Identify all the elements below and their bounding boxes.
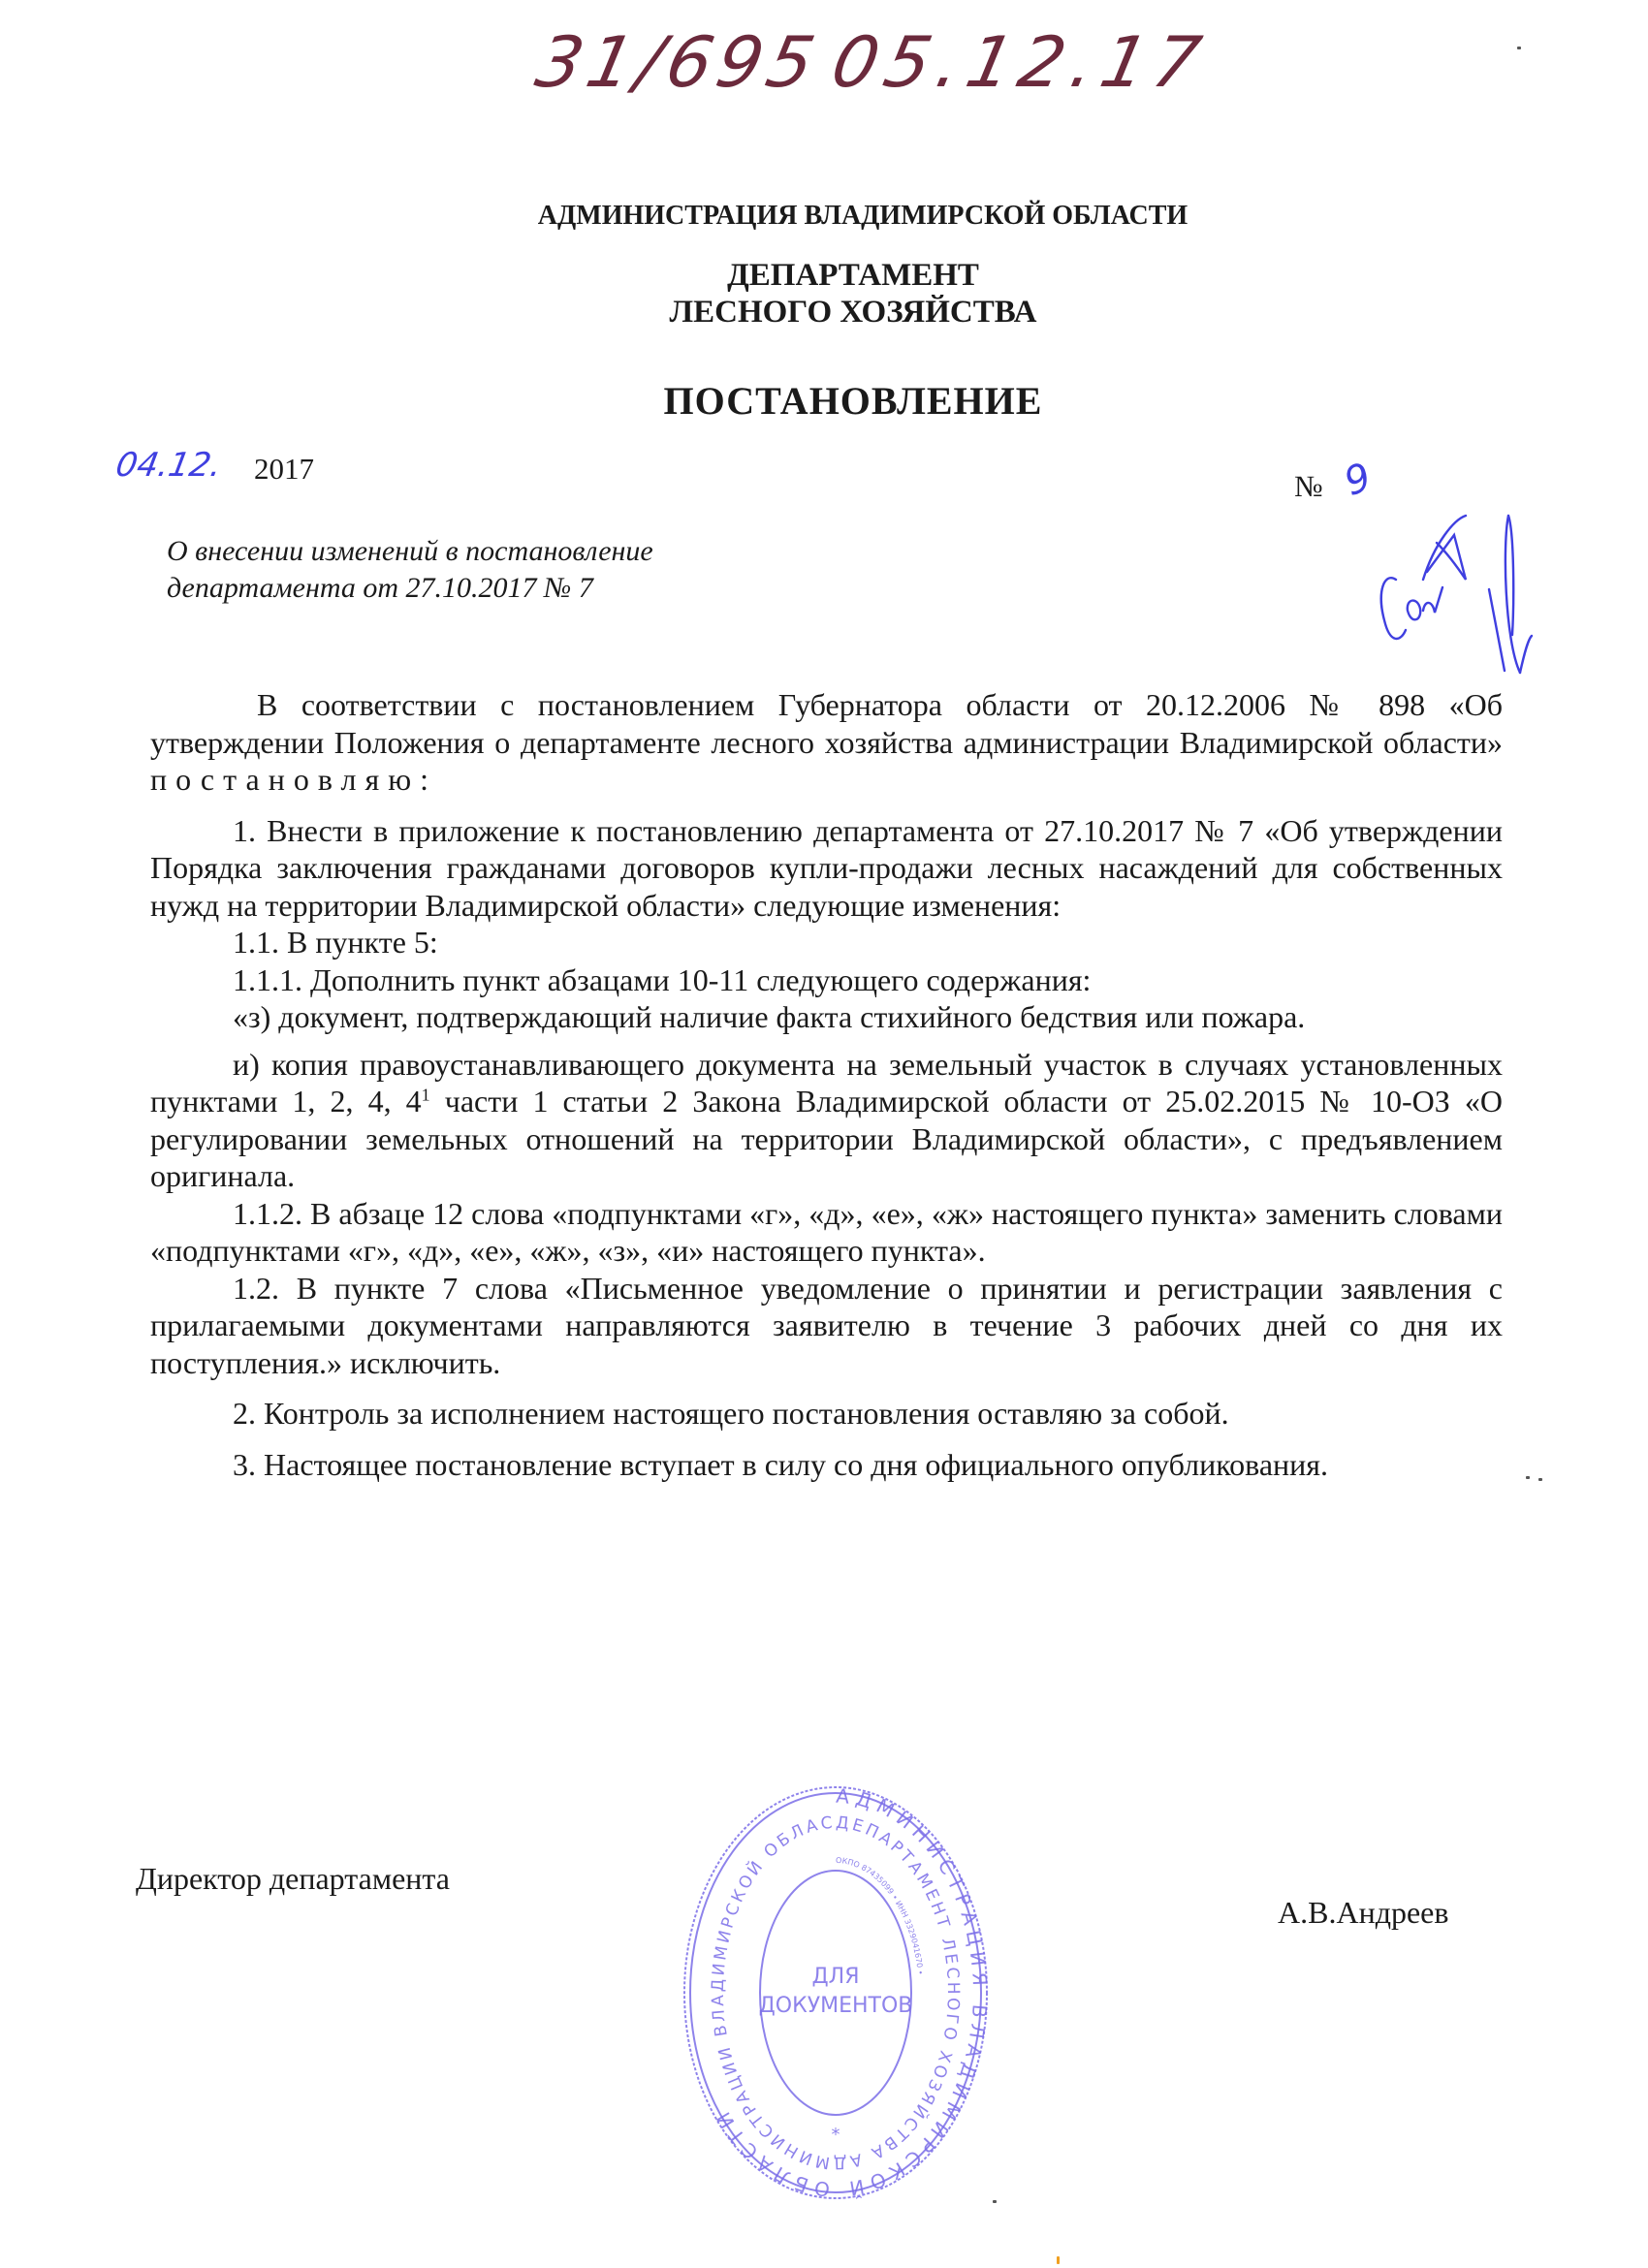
scan-speck: [993, 2200, 997, 2203]
document-body: В соответствии с постановлением Губернат…: [150, 686, 1503, 1483]
department-heading-line2: ЛЕСНОГО ХОЗЯЙСТВА: [58, 294, 1648, 331]
signatory-role: Директор департамента: [136, 1861, 450, 1897]
registration-date-handwritten: 05.12.17: [825, 21, 1215, 103]
scan-speck: [1057, 2256, 1060, 2264]
subject-line1: О внесении изменений в постановление: [167, 533, 653, 570]
signatory-name: А.В.Андреев: [1278, 1895, 1448, 1931]
scan-speck: [1526, 1476, 1530, 1479]
paragraph-1: 1. Внести в приложение к постановлению д…: [150, 812, 1503, 925]
paragraph-1-1-1: 1.1.1. Дополнить пункт абзацами 10-11 сл…: [150, 961, 1503, 999]
document-type-title: ПОСТАНОВЛЕНИЕ: [0, 378, 1648, 424]
paragraph-subitem-z: «з) документ, подтверждающий наличие фак…: [150, 998, 1503, 1036]
preamble-paragraph: В соответствии с постановлением Губернат…: [150, 686, 1503, 799]
department-heading-line1: ДЕПАРТАМЕНТ: [58, 257, 1648, 294]
paragraph-1-1: 1.1. В пункте 5:: [150, 924, 1503, 961]
paragraph-1-2: 1.2. В пункте 7 слова «Письменное уведом…: [150, 1270, 1503, 1382]
department-heading: ДЕПАРТАМЕНТ ЛЕСНОГО ХОЗЯЙСТВА: [0, 257, 1648, 331]
subject-line2: департамента от 27.10.2017 № 7: [167, 570, 653, 607]
paragraph-2: 2. Контроль за исполнением настоящего по…: [150, 1395, 1503, 1433]
paragraph-subitem-i: и) копия правоустанавливающего документа…: [150, 1046, 1503, 1195]
approval-signature-icon: [1260, 465, 1600, 708]
registration-number-handwritten: 31/695: [529, 21, 827, 103]
stamp-center-line1: ДЛЯ: [811, 1965, 859, 1989]
preamble-text: В соответствии с постановлением Губернат…: [150, 687, 1503, 760]
document-date-handwritten: 04.12.: [112, 446, 224, 485]
document-year: 2017: [254, 452, 314, 487]
official-stamp-icon: АДМИНИСТРАЦИЯ ВЛАДИМИРСКОЙ ОБЛАСТИ ДЕПАР…: [681, 1781, 991, 2208]
subitem-i-superscript: 1: [422, 1085, 430, 1104]
preamble-resolve: постановляю:: [150, 762, 437, 797]
administration-heading: АДМИНИСТРАЦИЯ ВЛАДИМИРСКОЙ ОБЛАСТИ: [0, 201, 1648, 232]
paragraph-3: 3. Настоящее постановление вступает в си…: [150, 1446, 1503, 1484]
stamp-center-line2: ДОКУМЕНТОВ: [759, 1994, 913, 2018]
scan-speck: [1538, 1478, 1542, 1481]
scan-speck: [1517, 47, 1521, 49]
svg-text:*: *: [832, 2125, 840, 2145]
paragraph-1-1-2: 1.1.2. В абзаце 12 слова «подпунктами «г…: [150, 1195, 1503, 1270]
document-subject: О внесении изменений в постановление деп…: [167, 533, 653, 607]
